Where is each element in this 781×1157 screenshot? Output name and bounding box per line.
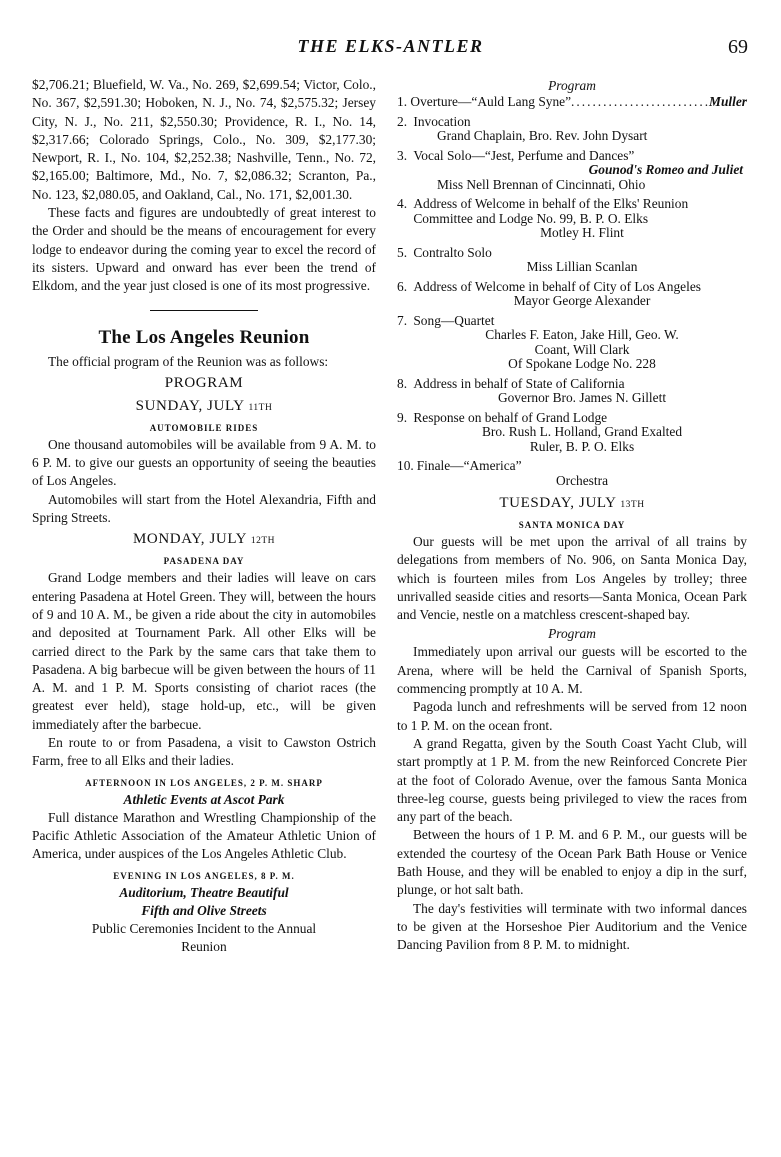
tuesday-subheading: SANTA MONICA DAY (397, 517, 747, 533)
program-title: Program (397, 76, 747, 95)
tuesday-paragraph-2: Pagoda lunch and refreshments will be se… (397, 698, 747, 735)
program-item-composer: Gounod's Romeo and Juliet (397, 163, 747, 178)
evening-line-1: Public Ceremonies Incident to the Annual (32, 920, 376, 938)
program-item-performer-line: Of Spokane Lodge No. 228 (397, 357, 747, 372)
program-item-title: Contralto Solo (413, 246, 747, 261)
monday-day: MONDAY, JULY (133, 531, 247, 547)
program-item-composer: Muller (709, 95, 747, 110)
program-item: 9. Response on behalf of Grand Lodge Bro… (397, 411, 747, 455)
program-item-number: 4. (397, 197, 410, 226)
program-item: 1. Overture—“Auld Lang Syne” ...........… (397, 95, 747, 110)
program-item-title: Address of Welcome in behalf of the Elks… (413, 197, 747, 226)
program-item-performer: Motley H. Flint (397, 226, 747, 241)
program-item-performer: Mayor George Alexander (397, 294, 747, 309)
monday-paragraph-1: Grand Lodge members and their ladies wil… (32, 569, 376, 734)
tuesday-date-suffix: 13TH (620, 500, 644, 510)
program-item: 4. Address of Welcome in behalf of the E… (397, 197, 747, 241)
program-list: 1. Overture—“Auld Lang Syne” ...........… (397, 95, 747, 488)
tuesday-paragraph-3: A grand Regatta, given by the South Coas… (397, 735, 747, 826)
program-item-title: Finale—“America” (417, 459, 747, 474)
program-item-performer: Orchestra (397, 474, 747, 489)
sunday-heading: SUNDAY, JULY 11TH (32, 396, 376, 419)
program-item-number: 7. (397, 314, 410, 329)
section-divider (150, 310, 258, 311)
program-item-performer: Governor Bro. James N. Gillett (397, 391, 747, 406)
sunday-paragraph-2: Automobiles will start from the Hotel Al… (32, 491, 376, 528)
tuesday-heading: TUESDAY, JULY 13TH (397, 493, 747, 516)
tuesday-paragraph-1: Immediately upon arrival our guests will… (397, 643, 747, 698)
program-item-performer-line: Bro. Rush L. Holland, Grand Exalted (397, 425, 747, 440)
program-item: 6. Address of Welcome in behalf of City … (397, 280, 747, 309)
sunday-subheading: AUTOMOBILE RIDES (32, 420, 376, 436)
dot-leader: ........................................… (571, 95, 709, 110)
program-item-performer: Miss Lillian Scanlan (397, 260, 747, 275)
tuesday-day: TUESDAY, JULY (499, 495, 616, 511)
section-title: The Los Angeles Reunion (32, 325, 376, 351)
program-item-performer-line: Ruler, B. P. O. Elks (397, 440, 747, 455)
program-item-title: Response on behalf of Grand Lodge (413, 411, 747, 426)
program-item: 5. Contralto Solo Miss Lillian Scanlan (397, 246, 747, 275)
monday-subheading: PASADENA DAY (32, 553, 376, 569)
program-item: 10. Finale—“America” Orchestra (397, 459, 747, 488)
program-item-number: 2. (397, 115, 410, 130)
program-item: 8. Address in behalf of State of Califor… (397, 377, 747, 406)
program-item: 3. Vocal Solo—“Jest, Perfume and Dances”… (397, 149, 747, 193)
afternoon-heading: AFTERNOON IN LOS ANGELES, 2 P. M. SHARP (32, 775, 376, 791)
section-intro: The official program of the Reunion was … (32, 353, 376, 371)
program-heading: PROGRAM (32, 373, 376, 394)
program-item-title: Vocal Solo—“Jest, Perfume and Dances” (413, 149, 747, 164)
program-item-performer: Grand Chaplain, Bro. Rev. John Dysart (397, 129, 747, 144)
program-item-number: 1. (397, 95, 407, 110)
program-item: 7. Song—Quartet Charles F. Eaton, Jake H… (397, 314, 747, 372)
monday-heading: MONDAY, JULY 12TH (32, 529, 376, 552)
monday-paragraph-2: En route to or from Pasadena, a visit to… (32, 734, 376, 771)
evening-venue-2: Fifth and Olive Streets (32, 902, 376, 920)
program-item-title: Address of Welcome in behalf of City of … (413, 280, 747, 295)
facts-paragraph: These facts and figures are undoubtedly … (32, 204, 376, 295)
afternoon-subtitle: Athletic Events at Ascot Park (32, 791, 376, 809)
lodge-totals-paragraph: $2,706.21; Bluefield, W. Va., No. 269, $… (32, 76, 376, 204)
tuesday-intro-paragraph: Our guests will be met upon the arrival … (397, 533, 747, 624)
afternoon-paragraph: Full distance Marathon and Wrestling Cha… (32, 809, 376, 864)
sunday-date-suffix: 11TH (249, 403, 273, 413)
left-column: $2,706.21; Bluefield, W. Va., No. 269, $… (32, 76, 376, 956)
sunday-paragraph-1: One thousand automobiles will be availab… (32, 436, 376, 491)
program-item-title: Invocation (413, 115, 747, 130)
tuesday-paragraph-5: The day's festivities will terminate wit… (397, 900, 747, 955)
program-item: 2. Invocation Grand Chaplain, Bro. Rev. … (397, 115, 747, 144)
program-item-performer-line: Charles F. Eaton, Jake Hill, Geo. W. (397, 328, 747, 343)
evening-heading: EVENING IN LOS ANGELES, 8 P. M. (32, 868, 376, 884)
evening-venue-1: Auditorium, Theatre Beautiful (32, 884, 376, 902)
evening-line-2: Reunion (32, 938, 376, 956)
tuesday-paragraph-4: Between the hours of 1 P. M. and 6 P. M.… (397, 826, 747, 899)
right-column: Program 1. Overture—“Auld Lang Syne” ...… (397, 76, 747, 955)
tuesday-program-subtitle: Program (397, 624, 747, 643)
program-item-title: Address in behalf of State of California (413, 377, 747, 392)
program-item-number: 8. (397, 377, 410, 392)
program-item-number: 3. (397, 149, 410, 164)
program-item-number: 10. (397, 459, 410, 474)
sunday-day: SUNDAY, JULY (136, 398, 245, 414)
program-item-number: 9. (397, 411, 410, 426)
program-item-title: Song—Quartet (413, 314, 747, 329)
program-item-performer-line: Coant, Will Clark (397, 343, 747, 358)
program-item-number: 5. (397, 246, 410, 261)
page-number: 69 (728, 36, 748, 59)
running-header-title: THE ELKS-ANTLER (0, 36, 781, 57)
program-item-title: Overture—“Auld Lang Syne” (410, 95, 571, 110)
monday-date-suffix: 12TH (251, 536, 275, 546)
program-item-performer: Miss Nell Brennan of Cincinnati, Ohio (397, 178, 747, 193)
program-item-number: 6. (397, 280, 410, 295)
